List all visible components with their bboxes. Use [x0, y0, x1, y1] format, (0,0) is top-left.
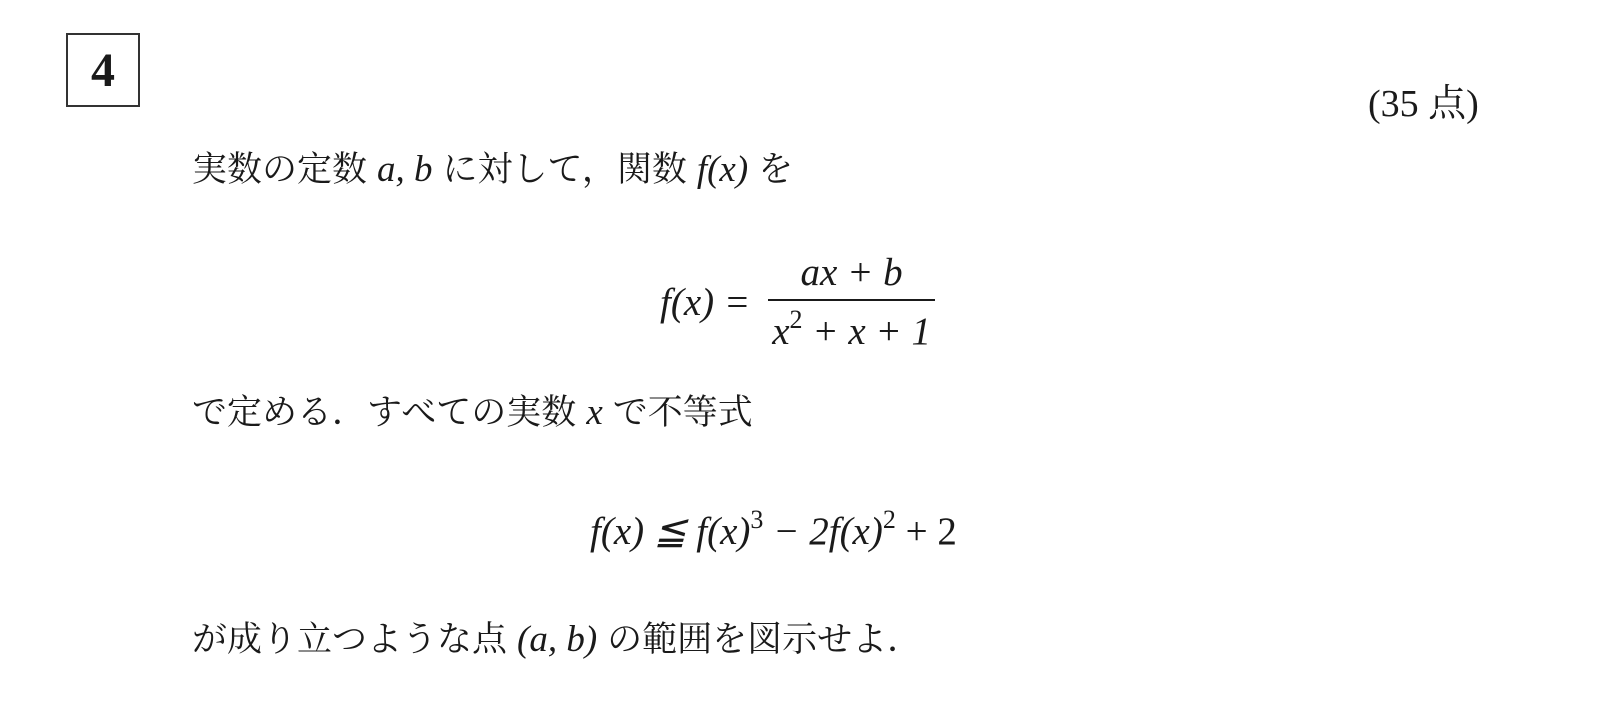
den-exp: 2: [790, 305, 803, 334]
text: を: [758, 150, 793, 189]
text: の範囲を図示せよ．: [607, 620, 922, 659]
ineq-exp2: 2: [883, 505, 896, 534]
function-definition: f(x) = ax + b x2 + x + 1: [660, 250, 935, 354]
points-label: (35 点): [1368, 72, 1479, 127]
fraction: ax + b x2 + x + 1: [768, 250, 935, 354]
math-var: x: [586, 392, 602, 433]
den-rest: + x + 1: [803, 310, 931, 353]
statement-line-2: で定める．すべての実数xで不等式: [192, 385, 753, 435]
text: に対して，関数: [443, 150, 687, 189]
text: で定める．すべての実数: [192, 393, 576, 432]
statement-line-1: 実数の定数a, bに対して，関数f(x)を: [192, 142, 793, 192]
math-point: (a, b): [517, 619, 597, 660]
ineq-exp1: 3: [750, 505, 763, 534]
problem-number: 4: [91, 43, 115, 98]
problem-number-box: 4: [66, 33, 140, 107]
math-vars: a, b: [377, 149, 433, 190]
statement-line-3: が成り立つような点(a, b)の範囲を図示せよ．: [192, 612, 922, 662]
ineq-rhs: + 2: [896, 510, 957, 553]
ineq-lhs: f(x) ≦ f(x): [590, 510, 750, 553]
denominator: x2 + x + 1: [768, 301, 935, 354]
math-func: f(x): [697, 149, 748, 190]
ineq-mid: − 2f(x): [763, 510, 882, 553]
den-base: x: [772, 310, 789, 353]
text: で不等式: [613, 393, 753, 432]
eq-lhs: f(x) =: [660, 280, 750, 325]
text: 実数の定数: [192, 150, 367, 189]
numerator: ax + b: [797, 250, 907, 299]
inequality: f(x) ≦ f(x)3 − 2f(x)2 + 2: [590, 505, 957, 554]
text: が成り立つような点: [192, 620, 507, 659]
